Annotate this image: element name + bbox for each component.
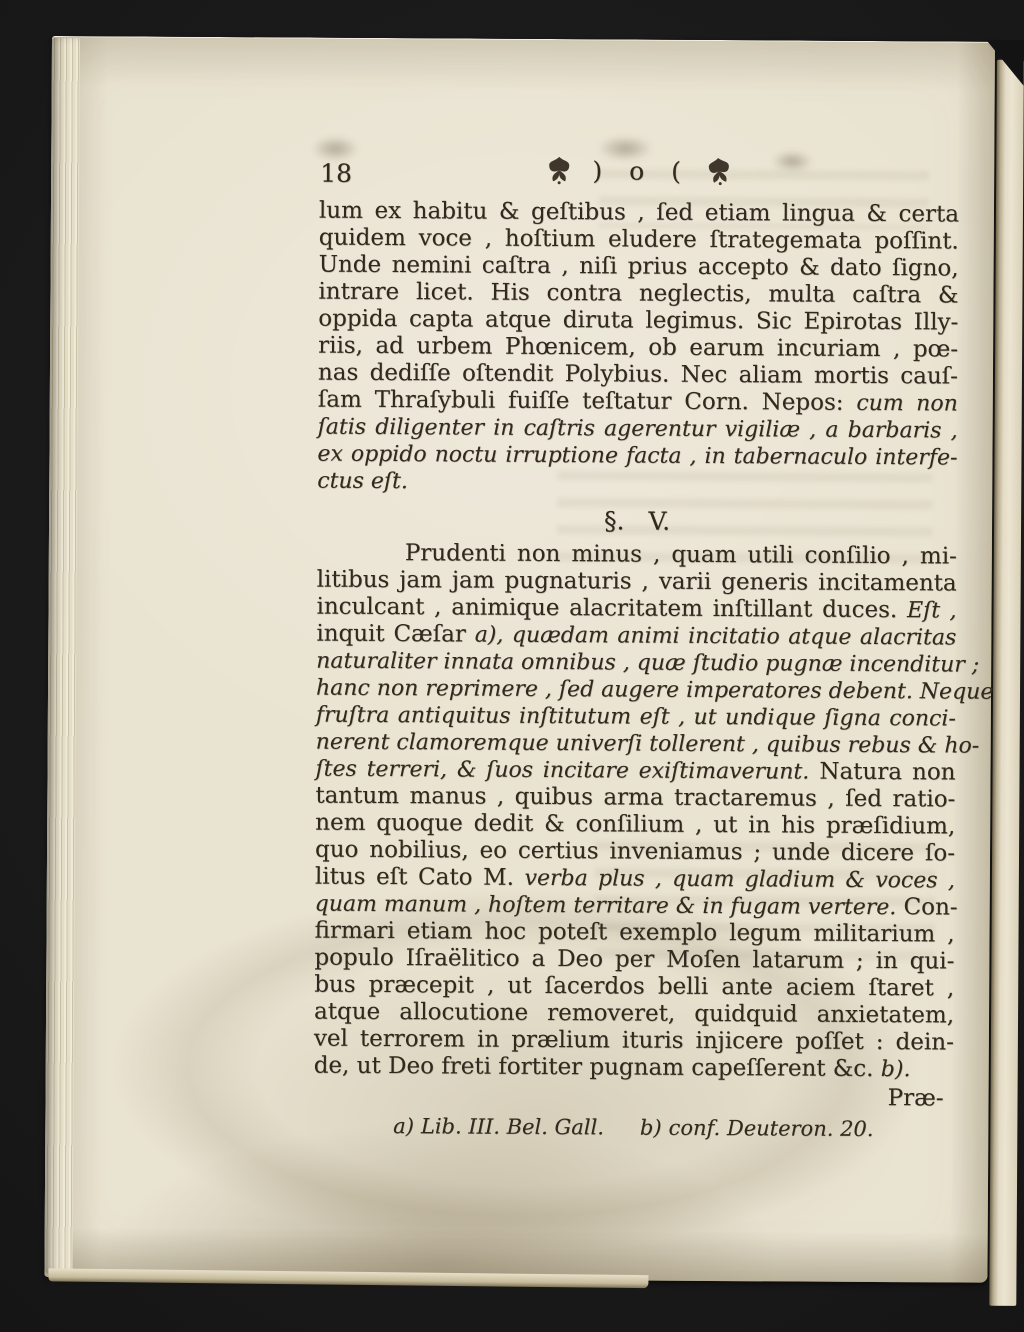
text-line: de, ut Deo freti fortiter pugnam capeſſe… [314, 1053, 954, 1084]
text-line: lum ex habitu & geſtibus , ſed etiam lin… [319, 198, 959, 229]
text-line: oppida capta atque diruta legimus. Sic E… [318, 306, 958, 337]
text-line: nerent clamoremque univerſi tollerent , … [316, 729, 956, 760]
text-line: populo Iſraëlitico a Deo per Moſen latar… [314, 945, 954, 976]
text-line: ex oppido noctu irruptione facta , in ta… [317, 441, 957, 472]
roman-text-segment: lum ex habitu & geſtibus , ſed etiam lin… [319, 198, 959, 228]
roman-text-segment: oppida capta atque diruta legimus. Sic E… [318, 306, 958, 336]
roman-text-segment: Natura non [809, 759, 955, 786]
roman-text-segment: de, ut Deo freti fortiter pugnam capeſſe… [314, 1053, 881, 1082]
text-line: inculcant , animique alacritatem inſtill… [316, 594, 956, 625]
text-line: riis, ad urbem Phœnicem, ob earum incuri… [318, 333, 958, 364]
text-line: atque allocutione removeret, quidquid an… [314, 999, 954, 1030]
roman-text-segment: nem quoque dedit & conſilium , ut in his… [315, 810, 955, 840]
text-line: Prudenti non minus , quam utili conſilio… [317, 540, 957, 571]
text-line: quo nobilius, eo certius inveniamus ; un… [315, 837, 955, 868]
footnote-b-label: b) [640, 1116, 662, 1140]
italic-text-segment: nerent clamoremque univerſi tollerent , … [316, 730, 980, 759]
book-photo: 18 ) o ( lum ex habitu & g [0, 0, 1024, 1332]
roman-text-segment: litus eſt Cato M. [315, 864, 525, 891]
text-line: firmari etiam hoc poteſt exemplo legum m… [314, 918, 954, 949]
footnote-a-text: Lib. III. Bel. Gall. [421, 1114, 604, 1139]
italic-text-segment: Eſt , [907, 598, 957, 623]
italic-text-segment: ſatis diligenter in caſtris agerentur vi… [318, 415, 958, 444]
roman-text-segment: atque allocutione removeret, quidquid an… [314, 999, 954, 1029]
italic-text-segment: a), quædam animi incitatio atque alacrit… [475, 623, 957, 651]
roman-text-segment: inquit Cæſar [316, 621, 475, 648]
italic-text-segment: b). [881, 1057, 911, 1082]
roman-text-segment: Unde nemini caſtra , niſi prius accepto … [319, 252, 959, 282]
section-heading: §. V. [317, 505, 957, 538]
text-line: naturaliter innata omnibus , quæ ſtudio … [316, 648, 956, 679]
text-line: quidem voce , hoſtium eludere ſtrategema… [319, 225, 959, 256]
text-line: ſtes terreri, & ſuos incitare exiſtimave… [315, 756, 955, 787]
italic-text-segment: verba plus , quam gladium & voces , [524, 866, 954, 894]
text-line: Unde nemini caſtra , niſi prius accepto … [319, 252, 959, 283]
italic-text-segment: fruſtra antiquitus inſtitutum eſt , ut u… [316, 703, 956, 732]
roman-text-segment: inculcant , animique alacritatem inſtill… [316, 594, 907, 624]
italic-text-segment: naturaliter innata omnibus , quæ ſtudio … [316, 649, 979, 678]
roman-text-segment: riis, ad urbem Phœnicem, ob earum incuri… [318, 333, 958, 363]
italic-text-segment: ctus eſt. [317, 469, 408, 495]
headpiece: ) o ( [319, 146, 959, 196]
roman-text-segment: populo Iſraëlitico a Deo per Moſen latar… [314, 945, 954, 975]
italic-text-segment: quam manum , hoſtem territare & in fugam… [315, 892, 897, 921]
fleuron-right-icon [703, 155, 735, 187]
roman-text-segment: quo nobilius, eo certius inveniamus ; un… [315, 837, 955, 867]
text-line: bus præcepit , ut ſacerdos belli ante ac… [314, 972, 954, 1003]
text-line: vel terrorem in prælium ituris injicere … [314, 1026, 954, 1057]
text-line: tantum manus , quibus arma tractaremus ,… [315, 783, 955, 814]
roman-text-segment: firmari etiam hoc poteſt exemplo legum m… [314, 918, 954, 948]
text-line: hanc non reprimere , ſed augere imperato… [316, 675, 956, 706]
italic-text-segment: hanc non reprimere , ſed augere imperato… [316, 676, 993, 705]
italic-text-segment: cum non [856, 391, 958, 417]
roman-text-segment: tantum manus , quibus arma tractaremus ,… [315, 783, 955, 813]
paragraph-continuation: lum ex habitu & geſtibus , ſed etiam lin… [317, 198, 959, 499]
italic-text-segment: ex oppido noctu irruptione facta , in ta… [317, 442, 957, 471]
text-line: litibus jam jam pugnaturis , varii gener… [317, 567, 957, 598]
roman-text-segment: vel terrorem in prælium ituris injicere … [314, 1026, 954, 1056]
footnote-a: a)Lib. III. Bel. Gall. [393, 1114, 604, 1139]
book: 18 ) o ( lum ex habitu & g [0, 0, 1024, 1332]
roman-text-segment: ſam Thraſybuli fuiſſe teſtatur Corn. Nep… [318, 387, 857, 416]
text-line: ſam Thraſybuli fuiſſe teſtatur Corn. Nep… [318, 387, 958, 418]
text-line: nem quoque dedit & conſilium , ut in his… [315, 810, 955, 841]
roman-text-segment: litibus jam jam pugnaturis , varii gener… [317, 567, 957, 597]
roman-text-segment: intrare licet. His contra neglectis, mul… [318, 279, 958, 309]
roman-text-segment: quidem voce , hoſtium eludere ſtrategema… [319, 225, 959, 255]
text-line: litus eſt Cato M. verba plus , quam glad… [315, 864, 955, 895]
text-line: fruſtra antiquitus inſtitutum eſt , ut u… [316, 702, 956, 733]
text-line: nas dediſſe oſtendit Polybius. Nec aliam… [318, 360, 958, 391]
footnote-b-text: conf. Deuteron. 20. [669, 1116, 874, 1141]
italic-text-segment: ſtes terreri, & ſuos incitare exiſtimave… [315, 757, 809, 785]
fleuron-left-icon [544, 155, 574, 185]
roman-text-segment: Prudenti non minus , quam utili conſilio… [405, 540, 957, 569]
roman-text-segment: bus præcepit , ut ſacerdos belli ante ac… [314, 972, 954, 1002]
roman-text-segment: nas dediſſe oſtendit Polybius. Nec aliam… [318, 360, 958, 390]
catchword: Præ- [313, 1082, 943, 1112]
footnote-b: b)conf. Deuteron. 20. [640, 1116, 874, 1141]
paragraph-section-v: Prudenti non minus , quam utili conſilio… [314, 540, 957, 1084]
roman-text-segment: Con- [896, 894, 958, 920]
footnote: a)Lib. III. Bel. Gall. b)conf. Deuteron.… [313, 1114, 953, 1142]
text-line: inquit Cæſar a), quædam animi incitatio … [316, 621, 956, 652]
text-line: ſatis diligenter in caſtris agerentur vi… [318, 414, 958, 445]
headpiece-text: ) o ( [592, 156, 686, 186]
text-line: ctus eſt. [317, 468, 957, 499]
text-line: intrare licet. His contra neglectis, mul… [318, 279, 958, 310]
text-line: quam manum , hoſtem territare & in fugam… [315, 891, 955, 922]
facing-page-edge [989, 60, 1024, 1306]
footnote-a-label: a) [393, 1114, 414, 1138]
